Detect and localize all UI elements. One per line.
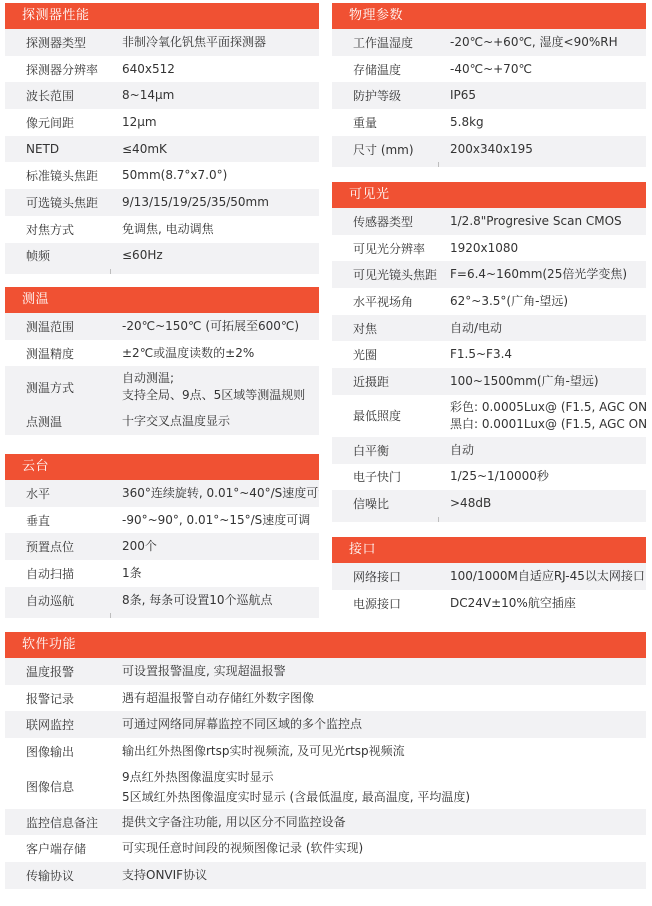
- row-value: 8~14μm: [110, 87, 319, 104]
- software-features-panel: 软件功能 温度报警可设置报警温度, 实现超温报警 报警记录遇有超温报警自动存储红…: [5, 632, 646, 889]
- ptz-panel: 云台 水平360°连续旋转, 0.01°~40°/S速度可调 垂直-90°~90…: [5, 454, 319, 618]
- row-value: 支持ONVIF协议: [110, 867, 646, 884]
- table-row: 帧频≤60Hz: [5, 243, 319, 270]
- row-value: -90°~90°, 0.01°~15°/S速度可调: [110, 512, 319, 529]
- row-label: 传输协议: [5, 867, 110, 884]
- row-label: 存储温度: [332, 61, 438, 78]
- table-footer-strip: [5, 269, 319, 274]
- row-value: ≤40mK: [110, 141, 319, 158]
- table-row: 光圈F1.5~F3.4: [332, 341, 646, 368]
- row-value: DC24V±10%航空插座: [438, 595, 646, 612]
- row-label: 信噪比: [332, 495, 438, 512]
- row-value: 可设置报警温度, 实现超温报警: [110, 663, 646, 680]
- row-label: 近摄距: [332, 373, 438, 390]
- row-label: 探测器类型: [5, 34, 110, 51]
- table-footer-strip: [5, 613, 319, 618]
- table-row: 客户端存储可实现任意时间段的视频图像记录 (软件实现): [5, 835, 646, 862]
- row-label: 测温精度: [5, 345, 110, 362]
- table-row: 测温范围-20℃~150℃ (可拓展至600℃): [5, 313, 319, 340]
- row-value: 1920x1080: [438, 240, 646, 257]
- table-row: 传感器类型1/2.8"Progresive Scan CMOS: [332, 208, 646, 235]
- table-row: 图像信息9点红外热图像温度实时显示 5区域红外热图像温度实时显示 (含最低温度,…: [5, 765, 646, 809]
- table-row: 电子快门1/25~1/10000秒: [332, 464, 646, 491]
- visible-light-panel: 可见光 传感器类型1/2.8"Progresive Scan CMOS 可见光分…: [332, 182, 646, 522]
- row-label: NETD: [5, 142, 110, 156]
- row-label: 重量: [332, 114, 438, 131]
- row-value: -20℃~+60℃, 湿度<90%RH: [438, 34, 646, 51]
- row-value: IP65: [438, 87, 646, 104]
- row-label: 传感器类型: [332, 213, 438, 230]
- row-value: 自动: [438, 442, 646, 459]
- table-row: 点测温十字交叉点温度显示: [5, 408, 319, 435]
- row-label: 自动扫描: [5, 565, 110, 582]
- row-value: F=6.4~160mm(25倍光学变焦): [438, 266, 646, 283]
- table-row: 水平视场角62°~3.5°(广角-望远): [332, 288, 646, 315]
- software-features-table: 温度报警可设置报警温度, 实现超温报警 报警记录遇有超温报警自动存储红外数字图像…: [5, 658, 646, 889]
- table-row: 对焦方式免调焦, 电动调焦: [5, 216, 319, 243]
- table-row: 报警记录遇有超温报警自动存储红外数字图像: [5, 685, 646, 712]
- table-row: 电源接口DC24V±10%航空插座: [332, 590, 646, 617]
- table-row: 存储温度-40℃~+70℃: [332, 56, 646, 83]
- row-value: 非制冷氧化钒焦平面探测器: [110, 34, 319, 51]
- row-label: 波长范围: [5, 87, 110, 104]
- detector-performance-panel: 探测器性能 探测器类型非制冷氧化钒焦平面探测器 探测器分辨率640x512 波长…: [5, 3, 319, 274]
- table-row: 自动巡航8条, 每条可设置10个巡航点: [5, 587, 319, 614]
- row-value: 遇有超温报警自动存储红外数字图像: [110, 690, 646, 707]
- table-row: 监控信息备注提供文字备注功能, 用以区分不同监控设备: [5, 809, 646, 836]
- detector-performance-table: 探测器类型非制冷氧化钒焦平面探测器 探测器分辨率640x512 波长范围8~14…: [5, 29, 319, 274]
- row-value: ≤60Hz: [110, 247, 319, 264]
- table-row: 对焦自动/电动: [332, 315, 646, 342]
- table-row: 联网监控可通过网络同屏幕监控不同区域的多个监控点: [5, 711, 646, 738]
- row-value: 5.8kg: [438, 114, 646, 131]
- visible-light-table: 传感器类型1/2.8"Progresive Scan CMOS 可见光分辨率19…: [332, 208, 646, 522]
- table-row: 温度报警可设置报警温度, 实现超温报警: [5, 658, 646, 685]
- row-label: 白平衡: [332, 442, 438, 459]
- row-label: 联网监控: [5, 716, 110, 733]
- visible-light-header: 可见光: [332, 182, 646, 208]
- row-value: 自动测温; 支持全局、9点、5区域等测温规则: [110, 370, 319, 404]
- ptz-header: 云台: [5, 454, 319, 480]
- table-row: 预置点位200个: [5, 533, 319, 560]
- table-row: 工作温湿度-20℃~+60℃, 湿度<90%RH: [332, 29, 646, 56]
- table-row: 传输协议支持ONVIF协议: [5, 862, 646, 889]
- row-label: 客户端存储: [5, 840, 110, 857]
- table-row: 近摄距100~1500mm(广角-望远): [332, 368, 646, 395]
- table-row: 测温精度±2℃或温度读数的±2%: [5, 340, 319, 367]
- table-row: 测温方式自动测温; 支持全局、9点、5区域等测温规则: [5, 366, 319, 408]
- table-row: 白平衡自动: [332, 437, 646, 464]
- row-label: 水平: [5, 485, 110, 502]
- table-row: 网络接口100/1000M自适应RJ-45以太网接口: [332, 563, 646, 590]
- row-label: 水平视场角: [332, 293, 438, 310]
- physical-parameters-table: 工作温湿度-20℃~+60℃, 湿度<90%RH 存储温度-40℃~+70℃ 防…: [332, 29, 646, 167]
- row-value: 十字交叉点温度显示: [110, 413, 319, 430]
- table-row: 防护等级IP65: [332, 82, 646, 109]
- row-label: 标准镜头焦距: [5, 167, 110, 184]
- table-row: 可见光镜头焦距F=6.4~160mm(25倍光学变焦): [332, 261, 646, 288]
- table-row: 水平360°连续旋转, 0.01°~40°/S速度可调: [5, 480, 319, 507]
- row-label: 预置点位: [5, 538, 110, 555]
- row-label: 测温范围: [5, 318, 110, 335]
- temperature-measurement-table: 测温范围-20℃~150℃ (可拓展至600℃) 测温精度±2℃或温度读数的±2…: [5, 313, 319, 435]
- row-label: 电子快门: [332, 468, 438, 485]
- table-footer-strip: [332, 162, 646, 167]
- row-label: 可选镜头焦距: [5, 194, 110, 211]
- row-label: 工作温湿度: [332, 34, 438, 51]
- row-label: 帧频: [5, 247, 110, 264]
- table-row: 垂直-90°~90°, 0.01°~15°/S速度可调: [5, 507, 319, 534]
- row-value: 可通过网络同屏幕监控不同区域的多个监控点: [110, 716, 646, 733]
- row-value: 1/2.8"Progresive Scan CMOS: [438, 213, 646, 230]
- row-value: 自动/电动: [438, 320, 646, 337]
- row-value: 12μm: [110, 114, 319, 131]
- table-row: 尺寸 (mm)200x340x195: [332, 136, 646, 163]
- row-label: 电源接口: [332, 595, 438, 612]
- row-label: 点测温: [5, 413, 110, 430]
- row-value: 9点红外热图像温度实时显示 5区域红外热图像温度实时显示 (含最低温度, 最高温…: [110, 767, 646, 807]
- row-label: 对焦: [332, 320, 438, 337]
- row-value: 100/1000M自适应RJ-45以太网接口: [438, 568, 646, 585]
- table-row: 信噪比>48dB: [332, 490, 646, 517]
- row-label: 报警记录: [5, 690, 110, 707]
- table-row: NETD≤40mK: [5, 136, 319, 163]
- row-value: 200x340x195: [438, 141, 646, 158]
- row-label: 图像输出: [5, 743, 110, 760]
- row-value: 9/13/15/19/25/35/50mm: [110, 194, 319, 211]
- row-value: 62°~3.5°(广角-望远): [438, 293, 646, 310]
- detector-performance-header: 探测器性能: [5, 3, 319, 29]
- row-label: 可见光分辨率: [332, 240, 438, 257]
- interface-table: 网络接口100/1000M自适应RJ-45以太网接口 电源接口DC24V±10%…: [332, 563, 646, 616]
- table-row: 最低照度彩色: 0.0005Lux@ (F1.5, AGC ON) 黑白: 0.…: [332, 395, 646, 437]
- row-value: 可实现任意时间段的视频图像记录 (软件实现): [110, 840, 646, 857]
- row-value: F1.5~F3.4: [438, 346, 646, 363]
- row-value: 彩色: 0.0005Lux@ (F1.5, AGC ON) 黑白: 0.0001…: [438, 399, 646, 433]
- row-label: 光圈: [332, 346, 438, 363]
- row-value: 1/25~1/10000秒: [438, 468, 646, 485]
- table-row: 探测器分辨率640x512: [5, 56, 319, 83]
- row-label: 防护等级: [332, 87, 438, 104]
- interface-header: 接口: [332, 537, 646, 563]
- row-label: 网络接口: [332, 568, 438, 585]
- table-row: 像元间距12μm: [5, 109, 319, 136]
- row-label: 尺寸 (mm): [332, 141, 438, 158]
- row-label: 监控信息备注: [5, 814, 110, 831]
- temperature-measurement-panel: 测温 测温范围-20℃~150℃ (可拓展至600℃) 测温精度±2℃或温度读数…: [5, 287, 319, 435]
- row-value: -20℃~150℃ (可拓展至600℃): [110, 318, 319, 335]
- row-value: 1条: [110, 565, 319, 582]
- row-value: 640x512: [110, 61, 319, 78]
- row-value: 8条, 每条可设置10个巡航点: [110, 592, 319, 609]
- physical-parameters-panel: 物理参数 工作温湿度-20℃~+60℃, 湿度<90%RH 存储温度-40℃~+…: [332, 3, 646, 167]
- row-label: 温度报警: [5, 663, 110, 680]
- row-value: 输出红外热图像rtsp实时视频流, 及可见光rtsp视频流: [110, 743, 646, 760]
- row-value: >48dB: [438, 495, 646, 512]
- row-label: 对焦方式: [5, 221, 110, 238]
- temperature-measurement-header: 测温: [5, 287, 319, 313]
- physical-parameters-header: 物理参数: [332, 3, 646, 29]
- row-label: 自动巡航: [5, 592, 110, 609]
- row-label: 图像信息: [5, 778, 110, 795]
- row-label: 测温方式: [5, 379, 110, 396]
- row-value: -40℃~+70℃: [438, 61, 646, 78]
- table-row: 可见光分辨率1920x1080: [332, 235, 646, 262]
- row-label: 可见光镜头焦距: [332, 266, 438, 283]
- table-row: 自动扫描1条: [5, 560, 319, 587]
- table-row: 探测器类型非制冷氧化钒焦平面探测器: [5, 29, 319, 56]
- row-label: 像元间距: [5, 114, 110, 131]
- table-row: 标准镜头焦距50mm(8.7°x7.0°): [5, 162, 319, 189]
- row-value: 免调焦, 电动调焦: [110, 221, 319, 238]
- row-value: 50mm(8.7°x7.0°): [110, 167, 319, 184]
- row-value: 100~1500mm(广角-望远): [438, 373, 646, 390]
- table-row: 图像输出输出红外热图像rtsp实时视频流, 及可见光rtsp视频流: [5, 738, 646, 765]
- interface-panel: 接口 网络接口100/1000M自适应RJ-45以太网接口 电源接口DC24V±…: [332, 537, 646, 616]
- row-value: ±2℃或温度读数的±2%: [110, 345, 319, 362]
- row-label: 最低照度: [332, 407, 438, 424]
- row-label: 探测器分辨率: [5, 61, 110, 78]
- table-row: 可选镜头焦距9/13/15/19/25/35/50mm: [5, 189, 319, 216]
- table-row: 波长范围8~14μm: [5, 82, 319, 109]
- table-footer-strip: [332, 517, 646, 522]
- row-value: 提供文字备注功能, 用以区分不同监控设备: [110, 814, 646, 831]
- table-row: 重量5.8kg: [332, 109, 646, 136]
- row-value: 200个: [110, 538, 319, 555]
- software-features-header: 软件功能: [5, 632, 646, 658]
- row-label: 垂直: [5, 512, 110, 529]
- ptz-table: 水平360°连续旋转, 0.01°~40°/S速度可调 垂直-90°~90°, …: [5, 480, 319, 618]
- row-value: 360°连续旋转, 0.01°~40°/S速度可调: [110, 485, 319, 502]
